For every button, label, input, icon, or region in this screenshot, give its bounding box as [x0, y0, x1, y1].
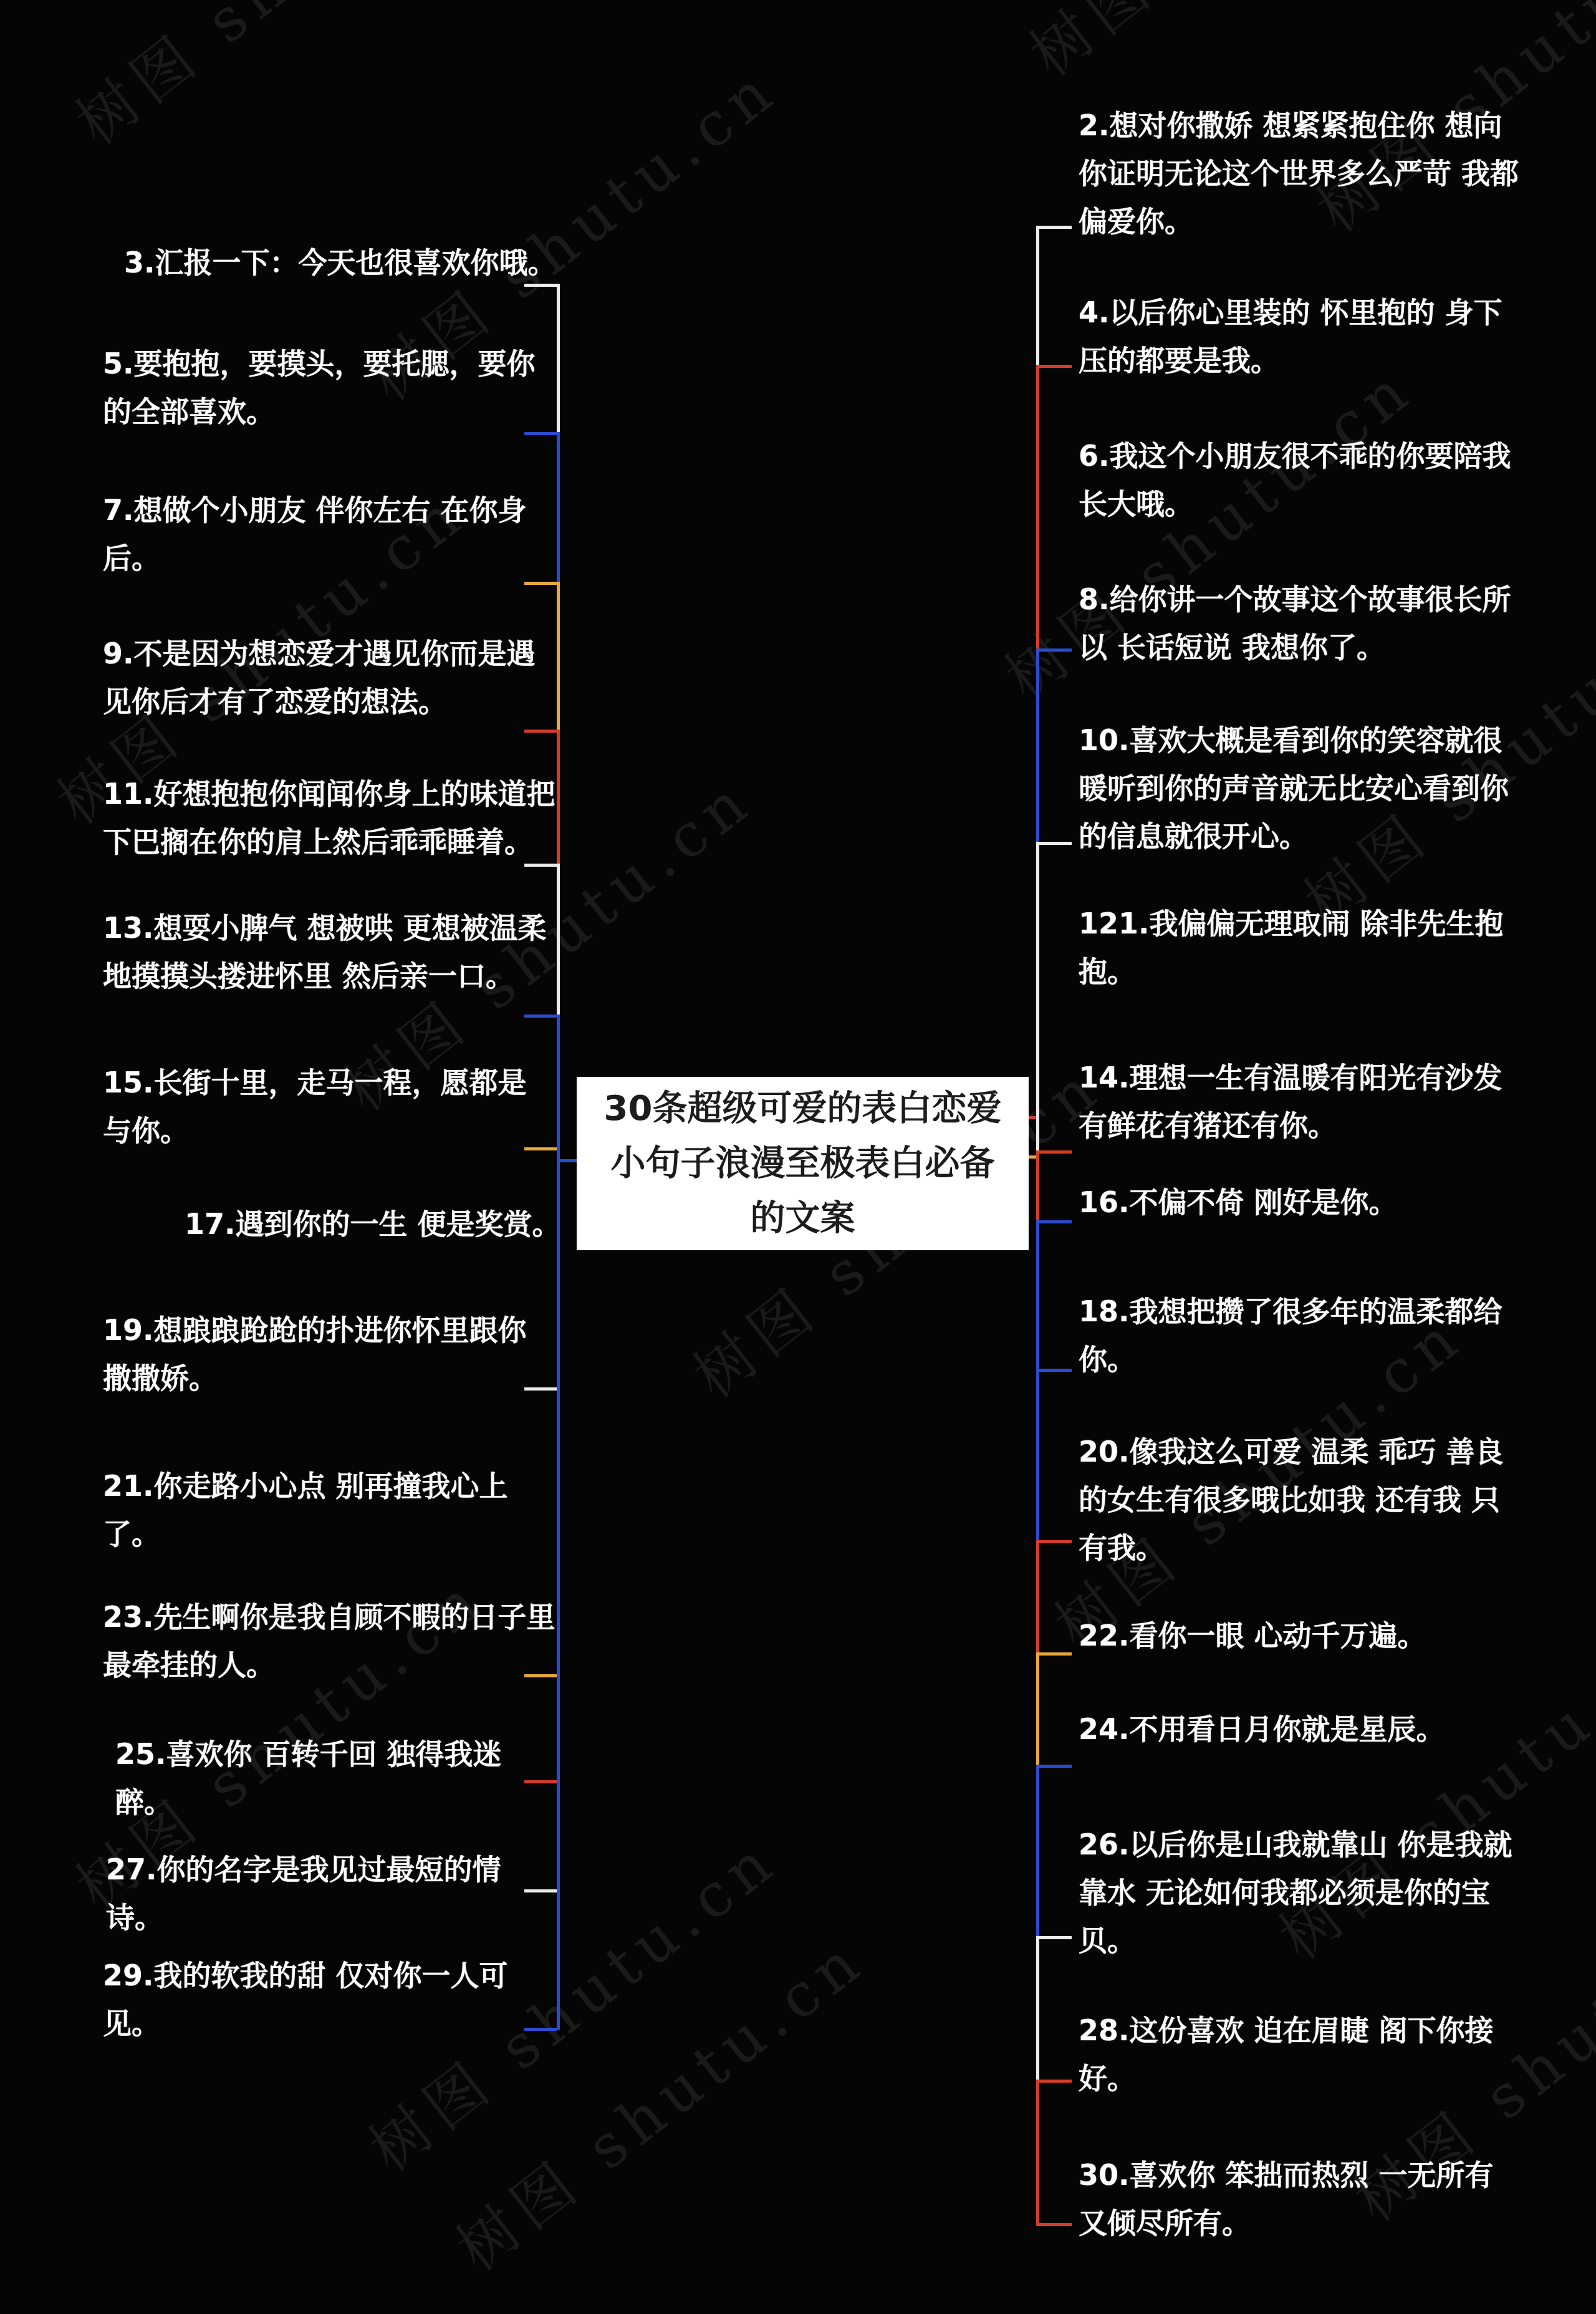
right-branch-segment — [1036, 2080, 1039, 2226]
right-branch-segment — [1036, 1652, 1039, 1765]
quote-node-2[interactable]: 2.想对你撒娇 想紧紧抱住你 想向你证明无论这个世界多么严苛 我都偏爱你。 — [1079, 102, 1521, 246]
right-branch-segment — [1036, 1936, 1039, 2080]
quote-node-25[interactable]: 25.喜欢你 百转千回 独得我迷醉。 — [115, 1730, 552, 1826]
left-branch-segment — [557, 432, 560, 582]
quote-node-21[interactable]: 21.你走路小心点 别再撞我心上了。 — [103, 1462, 533, 1558]
right-branch-segment — [1036, 226, 1039, 365]
right-branch-tick — [1039, 226, 1072, 229]
center-topic-text: 30条超级可爱的表白恋爱小句子浪漫至极表白必备的文案 — [595, 1081, 1010, 1246]
center-topic-node[interactable]: 30条超级可爱的表白恋爱小句子浪漫至极表白必备的文案 — [577, 1077, 1029, 1250]
quote-node-15[interactable]: 15.长街十里，走马一程，愿都是与你。 — [103, 1059, 552, 1155]
center-left-connector — [560, 1159, 579, 1162]
quote-node-23[interactable]: 23.先生啊你是我自顾不暇的日子里最牵挂的人。 — [103, 1593, 558, 1689]
right-branch-tick — [1039, 2080, 1072, 2083]
quote-node-14[interactable]: 14.理想一生有温暖有阳光有沙发有鲜花有猪还有你。 — [1079, 1054, 1521, 1150]
right-branch-segment — [1036, 1540, 1039, 1652]
quote-node-4[interactable]: 4.以后你心里装的 怀里抱的 身下压的都要是我。 — [1079, 289, 1521, 385]
right-branch-tick — [1039, 1220, 1072, 1223]
left-branch-tick — [524, 730, 557, 733]
quote-node-22[interactable]: 22.看你一眼 心动千万遍。 — [1079, 1612, 1518, 1660]
right-branch-tick — [1039, 1936, 1072, 1939]
quote-node-27[interactable]: 27.你的名字是我见过最短的情诗。 — [106, 1846, 555, 1942]
quote-node-24[interactable]: 24.不用看日月你就是星辰。 — [1079, 1705, 1518, 1753]
quote-node-19[interactable]: 19.想踉踉跄跄的扑进你怀里跟你撒撒娇。 — [103, 1306, 552, 1402]
center-right-connector — [1027, 1155, 1036, 1159]
mindmap-canvas: 树图 shutu.cn树图 shutu.cn树图 shutu.cn树图 shut… — [0, 0, 1596, 2314]
quote-node-6[interactable]: 6.我这个小朋友很不乖的你要陪我长大哦。 — [1079, 432, 1518, 528]
right-branch-segment — [1036, 842, 1039, 1150]
right-branch-tick — [1039, 1765, 1072, 1768]
quote-node-5[interactable]: 5.要抱抱，要摸头，要托腮，要你的全部喜欢。 — [103, 340, 552, 436]
right-branch-tick — [1039, 1150, 1072, 1154]
quote-node-20[interactable]: 20.像我这么可爱 温柔 乖巧 善良的女生有很多哦比如我 还有我 只有我。 — [1079, 1428, 1524, 1572]
quote-node-13[interactable]: 13.想耍小脾气 想被哄 更想被温柔地摸摸头搂进怀里 然后亲一口。 — [103, 904, 558, 1000]
quote-node-8[interactable]: 8.给你讲一个故事这个故事很长所以 长话短说 我想你了。 — [1079, 576, 1521, 672]
right-branch-tick — [1039, 365, 1072, 368]
right-branch-tick — [1039, 648, 1072, 652]
left-branch-segment — [557, 1015, 560, 2030]
quote-node-16[interactable]: 16.不偏不倚 刚好是你。 — [1079, 1179, 1518, 1227]
quote-node-10[interactable]: 10.喜欢大概是看到你的笑容就很暖听到你的声音就无比安心看到你的信息就很开心。 — [1079, 716, 1524, 861]
quote-node-7[interactable]: 7.想做个小朋友 伴你左右 在你身后。 — [103, 486, 552, 582]
right-branch-segment — [1036, 365, 1039, 648]
quote-node-28[interactable]: 28.这份喜欢 迫在眉睫 阁下你接好。 — [1079, 2007, 1521, 2103]
right-branch-segment — [1036, 1220, 1039, 1540]
quote-node-121[interactable]: 121.我偏偏无理取闹 除非先生抱抱。 — [1079, 900, 1531, 996]
quote-node-26[interactable]: 26.以后你是山我就靠山 你是我就靠水 无论如何我都必须是你的宝贝。 — [1079, 1821, 1524, 1965]
right-branch-segment — [1036, 648, 1039, 842]
right-branch-tick — [1039, 1652, 1072, 1656]
right-branch-tick — [1039, 1540, 1072, 1543]
right-branch-tick — [1039, 842, 1072, 845]
right-branch-segment — [1036, 1765, 1039, 1936]
quote-node-9[interactable]: 9.不是因为想恋爱才遇见你而是遇见你后才有了恋爱的想法。 — [103, 630, 558, 726]
left-branch-segment — [557, 284, 560, 432]
left-branch-tick — [524, 1015, 557, 1018]
quote-node-17[interactable]: 17.遇到你的一生 便是奖赏。 — [185, 1200, 584, 1248]
right-branch-tick — [1039, 2223, 1072, 2226]
quote-node-11[interactable]: 11.好想抱抱你闻闻你身上的味道把下巴搁在你的肩上然后乖乖睡着。 — [103, 770, 558, 866]
right-branch-tick — [1039, 1369, 1072, 1372]
quote-node-29[interactable]: 29.我的软我的甜 仅对你一人可见。 — [103, 1952, 533, 2048]
right-branch-segment — [1036, 1150, 1039, 1220]
quote-node-18[interactable]: 18.我想把攒了很多年的温柔都给你。 — [1079, 1288, 1518, 1384]
quote-node-30[interactable]: 30.喜欢你 笨拙而热烈 一无所有又倾尽所有。 — [1079, 2151, 1521, 2247]
quote-node-3[interactable]: 3.汇报一下：今天也很喜欢你哦。 — [124, 239, 573, 287]
